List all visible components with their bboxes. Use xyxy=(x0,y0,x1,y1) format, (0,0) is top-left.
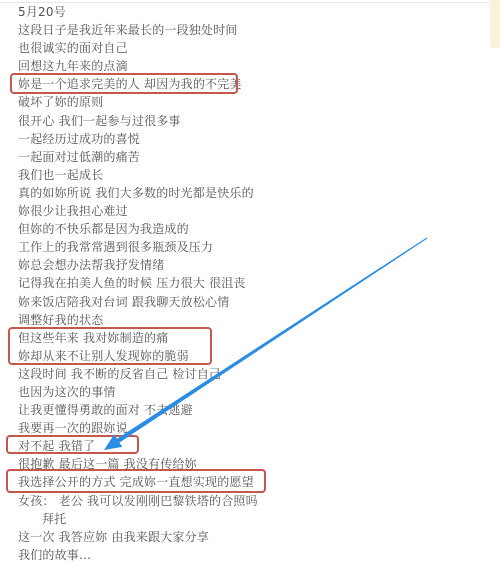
text-line: 工作上的我常常遇到很多瓶颈及压力 xyxy=(18,238,258,256)
text-line: 破坏了妳的原则 xyxy=(18,93,258,111)
highlight-box-perfectionist-line xyxy=(10,73,238,94)
text-line: 一起经历过成功的喜悦 xyxy=(18,130,258,148)
text-line: 妳来饭店陪我对台词 跟我聊天放松心情 xyxy=(18,293,258,311)
text-line: 拜托 xyxy=(18,510,258,528)
text-line: 也很诚实的面对自己 xyxy=(18,39,258,57)
letter-screenshot: 5月20号这段日子是我近年来最长的一段独处时间也很诚实的面对自己回想这九年来的点… xyxy=(0,0,500,567)
text-line: 这段时间 我不断的反省自己 检讨自己 xyxy=(18,365,258,383)
corner-note-edge xyxy=(490,0,500,48)
highlight-box-pain-lines xyxy=(8,327,212,365)
text-line: 调整好我的状态 xyxy=(18,311,258,329)
text-line: 这段日子是我近年来最长的一段独处时间 xyxy=(18,21,258,39)
text-line: 女孩： 老公 我可以发刚刚巴黎铁塔的合照吗 xyxy=(18,492,258,510)
text-line: 真的如妳所说 我们大多数的时光都是快乐的 xyxy=(18,184,258,202)
text-line: 这一次 我答应妳 由我来跟大家分享 xyxy=(18,528,258,546)
text-line: 记得我在拍美人鱼的时候 压力很大 很沮丧 xyxy=(18,274,258,292)
text-line: 让我更懂得勇敢的面对 不去逃避 xyxy=(18,401,258,419)
text-line: 妳总会想办法帮我抒发情绪 xyxy=(18,256,258,274)
highlight-box-apology-line xyxy=(6,435,139,454)
text-line: 妳很少让我担心难过 xyxy=(18,202,258,220)
text-line: 一起面对过低潮的痛苦 xyxy=(18,148,258,166)
text-line: 我们的故事… xyxy=(18,546,258,564)
highlight-box-public-promise-line xyxy=(6,469,266,493)
text-line: 也因为这次的事情 xyxy=(18,383,258,401)
text-line: 我们也一起成长 xyxy=(18,166,258,184)
text-line: 但妳的不快乐都是因为我造成的 xyxy=(18,220,258,238)
text-line: 5月20号 xyxy=(18,3,258,21)
text-line: 很开心 我们一起参与过很多事 xyxy=(18,112,258,130)
